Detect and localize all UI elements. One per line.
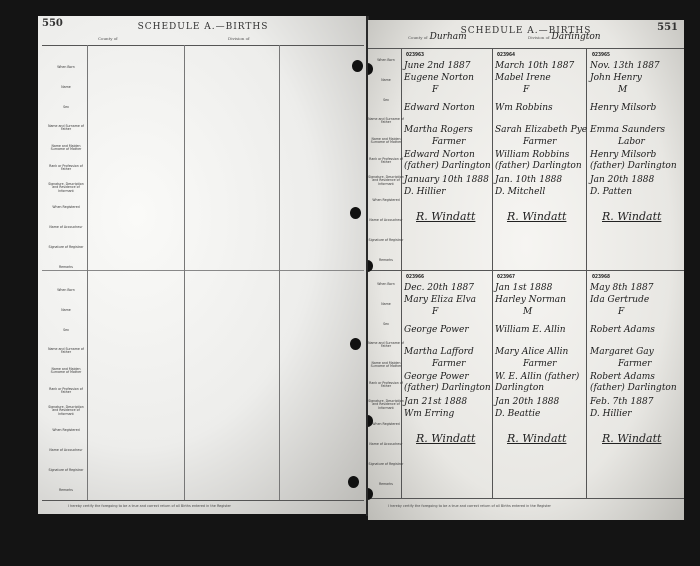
accoucheur: D. Beattie — [495, 408, 589, 421]
row-label: Signature of Registrar — [368, 458, 404, 472]
registrar-signature: R. Windatt — [590, 210, 684, 223]
registration-number: 023963 — [406, 52, 424, 58]
father-rank: Labor — [590, 136, 684, 149]
column-rule — [184, 45, 185, 500]
row-label: Signature of Registrar — [48, 241, 84, 255]
division-field: Division of — [228, 33, 252, 43]
accoucheur: D. Hillier — [404, 186, 498, 199]
father-name: Henry Milsorb — [590, 102, 684, 115]
informant: Henry Milsorb (father) Darlington — [590, 150, 684, 172]
accoucheur: D. Patten — [590, 186, 684, 199]
row-label: When Born — [368, 278, 404, 292]
row-label: Signature of Registrar — [368, 234, 404, 248]
birth-record: 023967Jan 1st 1888Harley NormanMWilliam … — [495, 272, 589, 492]
birth-record: 023966Dec. 20th 1887Mary Eliza ElvaFGeor… — [404, 272, 498, 492]
division-value: Darlington — [552, 32, 601, 42]
accoucheur: Wm Erring — [404, 408, 498, 421]
registration-number: 023967 — [497, 274, 515, 280]
binding-hole — [350, 338, 361, 350]
row-label: When Registered — [48, 201, 84, 215]
rule — [42, 270, 364, 271]
county-label: County of — [408, 35, 428, 40]
binding-hole — [348, 476, 359, 488]
row-label: When Registered — [368, 418, 404, 432]
father-name: Wm Robbins — [495, 102, 589, 115]
row-label: Remarks — [48, 484, 84, 498]
informant: George Power (father) Darlington — [404, 372, 498, 394]
row-label: Sex — [48, 324, 84, 338]
division-label: Division of — [528, 35, 550, 40]
left-register-page: 550 SCHEDULE A.—BIRTHS County of Divisio… — [38, 16, 368, 514]
child-sex: M — [590, 84, 684, 97]
row-label: When Born — [368, 54, 404, 68]
row-label: Rank or Profession of Father — [368, 154, 404, 168]
registrar-signature: R. Windatt — [590, 432, 684, 445]
row-label: When Born — [48, 284, 84, 298]
birth-record: 023968May 8th 1887Ida GertrudeFRobert Ad… — [590, 272, 684, 492]
row-label: Remarks — [368, 254, 404, 268]
row-labels: When BornNameSexName and Surname of Fath… — [48, 61, 84, 281]
informant: Edward Norton (father) Darlington — [404, 150, 498, 172]
row-label: When Registered — [368, 194, 404, 208]
row-label: When Born — [48, 61, 84, 75]
informant: William Robbins (father) Darlington — [495, 150, 589, 172]
father-name: William E. Allin — [495, 324, 589, 337]
birth-record: 023963June 2nd 1887Eugene NortonFEdward … — [404, 50, 498, 270]
registration-number: 023964 — [497, 52, 515, 58]
informant: W. E. Allin (father) Darlington — [495, 372, 589, 394]
row-label: Sex — [48, 101, 84, 115]
birth-record: 023964March 10th 1887Mabel IreneFWm Robb… — [495, 50, 589, 270]
father-name: Edward Norton — [404, 102, 498, 115]
row-label: Name and Maiden Surname of Mother — [368, 134, 404, 148]
father-name: Robert Adams — [590, 324, 684, 337]
child-sex: F — [590, 306, 684, 319]
right-register-page: 551 SCHEDULE A.—BIRTHS County ofDurham D… — [368, 20, 684, 520]
row-label: Signature, Description and Residence of … — [48, 404, 84, 418]
county-field: County ofDurham — [408, 32, 467, 42]
row-label: Rank or Profession of Father — [48, 384, 84, 398]
row-label: Sex — [368, 318, 404, 332]
row-label: Rank or Profession of Father — [48, 161, 84, 175]
row-label: Name — [368, 74, 404, 88]
schedule-title: SCHEDULE A.—BIRTHS — [38, 22, 368, 32]
row-label: Name of Accoucheur — [368, 438, 404, 452]
rule — [368, 498, 684, 499]
certification-note: I hereby certify the foregoing to be a t… — [68, 504, 268, 508]
row-label: Signature of Registrar — [48, 464, 84, 478]
row-label: Name — [48, 81, 84, 95]
rule — [42, 45, 364, 46]
row-label: Name and Surname of Father — [48, 344, 84, 358]
rule — [368, 48, 684, 49]
row-label: Signature, Description and Residence of … — [368, 398, 404, 412]
father-rank: Farmer — [590, 358, 684, 371]
row-label: Name and Surname of Father — [368, 338, 404, 352]
row-labels: When BornNameSexName and Surname of Fath… — [48, 284, 84, 504]
registrar-signature: R. Windatt — [495, 210, 601, 223]
row-label: Name of Accoucheur — [48, 221, 84, 235]
row-label: Name of Accoucheur — [48, 444, 84, 458]
row-label: Name of Accoucheur — [368, 214, 404, 228]
column-rule — [279, 45, 280, 500]
rule — [42, 500, 364, 501]
row-label: Rank or Profession of Father — [368, 378, 404, 392]
row-label: Name and Maiden Surname of Mother — [48, 364, 84, 378]
column-rule — [87, 45, 88, 500]
row-label: Name and Surname of Father — [48, 121, 84, 135]
division-label: Division of — [228, 36, 250, 41]
row-labels: When BornNameSexName and Surname of Fath… — [368, 278, 404, 498]
row-label: Signature, Description and Residence of … — [48, 181, 84, 195]
row-label: Name and Maiden Surname of Mother — [368, 358, 404, 372]
accoucheur: D. Hillier — [590, 408, 684, 421]
row-label: When Registered — [48, 424, 84, 438]
informant: Robert Adams (father) Darlington — [590, 372, 684, 394]
registration-number: 023966 — [406, 274, 424, 280]
binding-hole — [352, 60, 363, 72]
row-label: Signature, Description and Residence of … — [368, 174, 404, 188]
division-field: Division ofDarlington — [528, 32, 601, 42]
row-labels: When BornNameSexName and Surname of Fath… — [368, 54, 404, 274]
row-label: Name — [48, 304, 84, 318]
rule — [368, 270, 684, 271]
birth-record: 023965Nov. 13th 1887John HenryMHenry Mil… — [590, 50, 684, 270]
father-name: George Power — [404, 324, 498, 337]
registrar-signature: R. Windatt — [495, 432, 601, 445]
row-label: Sex — [368, 94, 404, 108]
row-label: Name and Surname of Father — [368, 114, 404, 128]
row-label: Name and Maiden Surname of Mother — [48, 141, 84, 155]
row-label: Name — [368, 298, 404, 312]
binding-hole — [350, 207, 361, 219]
county-field: County of — [98, 33, 120, 43]
row-label: Remarks — [48, 261, 84, 275]
accoucheur: D. Mitchell — [495, 186, 589, 199]
county-value: Durham — [430, 32, 467, 42]
registration-number: 023968 — [592, 274, 610, 280]
row-label: Remarks — [368, 478, 404, 492]
registration-number: 023965 — [592, 52, 610, 58]
county-label: County of — [98, 36, 118, 41]
certification-note: I hereby certify the foregoing to be a t… — [388, 504, 588, 508]
